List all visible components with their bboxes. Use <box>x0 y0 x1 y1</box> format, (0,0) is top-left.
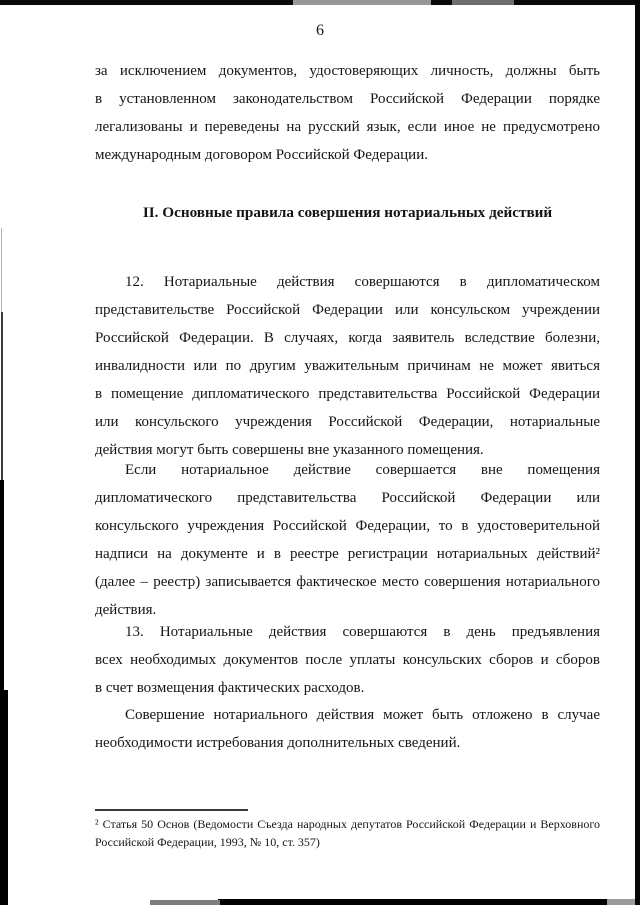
paragraph-13: 13. Нотариальные действия совершаются в … <box>95 618 600 702</box>
scan-edge-left <box>0 480 4 905</box>
text-line: представительстве Российской Федерации и… <box>95 296 600 324</box>
footnote-separator <box>95 809 248 811</box>
text-line: 13. Нотариальные действия совершаются в … <box>95 618 600 646</box>
text-line: или консульского учреждения Российской Ф… <box>95 408 600 436</box>
text-line: 12. Нотариальные действия совершаются в … <box>95 268 600 296</box>
scan-edge-top-gray <box>293 0 431 5</box>
scan-edge-bottom-gray <box>150 900 220 905</box>
paragraph-soversh: Совершение нотариального действия может … <box>95 701 600 757</box>
scan-edge-bottom-gray <box>607 899 635 905</box>
text-line: всех необходимых документов после уплаты… <box>95 646 600 674</box>
text-line: дипломатического представительства Росси… <box>95 484 600 512</box>
text-line: Если нотариальное действие совершается в… <box>95 456 600 484</box>
scan-edge-left-faint <box>1 228 2 312</box>
text-line: надписи на документе и в реестре регистр… <box>95 540 600 568</box>
scan-edge-top-gray <box>452 0 514 5</box>
text-line: в установленном законодательством Россий… <box>95 85 600 113</box>
scan-edge-left-dark <box>1 312 3 482</box>
text-line: за исключением документов, удостоверяющи… <box>95 57 600 85</box>
text-line: в помещение дипломатического представите… <box>95 380 600 408</box>
scan-edge-left-thick <box>0 690 8 905</box>
text-line: Совершение нотариального действия может … <box>95 701 600 729</box>
text-line: в счет возмещения фактических расходов. <box>95 674 600 702</box>
paragraph-12: 12. Нотариальные действия совершаются в … <box>95 268 600 464</box>
text-line: международным договором Российской Федер… <box>95 141 600 169</box>
text-line: консульского учреждения Российской Федер… <box>95 512 600 540</box>
text-line: легализованы и переведены на русский язы… <box>95 113 600 141</box>
paragraph-esli: Если нотариальное действие совершается в… <box>95 456 600 624</box>
scanned-document-page: 6 за исключением документов, удостоверяю… <box>0 0 640 905</box>
footnote-line: ² Статья 50 Основ (Ведомости Съезда наро… <box>95 815 600 833</box>
page-number: 6 <box>0 22 640 40</box>
section-heading: II. Основные правила совершения нотариал… <box>95 203 600 223</box>
scan-edge-bottom <box>218 899 635 905</box>
text-line: необходимости истребования дополнительны… <box>95 729 600 757</box>
footnote-line: Российской Федерации, 1993, № 10, ст. 35… <box>95 833 600 851</box>
paragraph-intro: за исключением документов, удостоверяющи… <box>95 57 600 169</box>
text-line: инвалидности или по другим уважительным … <box>95 352 600 380</box>
scan-edge-top <box>0 0 640 5</box>
text-line: (далее – реестр) записывается фактическо… <box>95 568 600 596</box>
footnote: ² Статья 50 Основ (Ведомости Съезда наро… <box>95 815 600 851</box>
text-line: Российской Федерации. В случаях, когда з… <box>95 324 600 352</box>
scan-edge-right <box>635 0 640 905</box>
